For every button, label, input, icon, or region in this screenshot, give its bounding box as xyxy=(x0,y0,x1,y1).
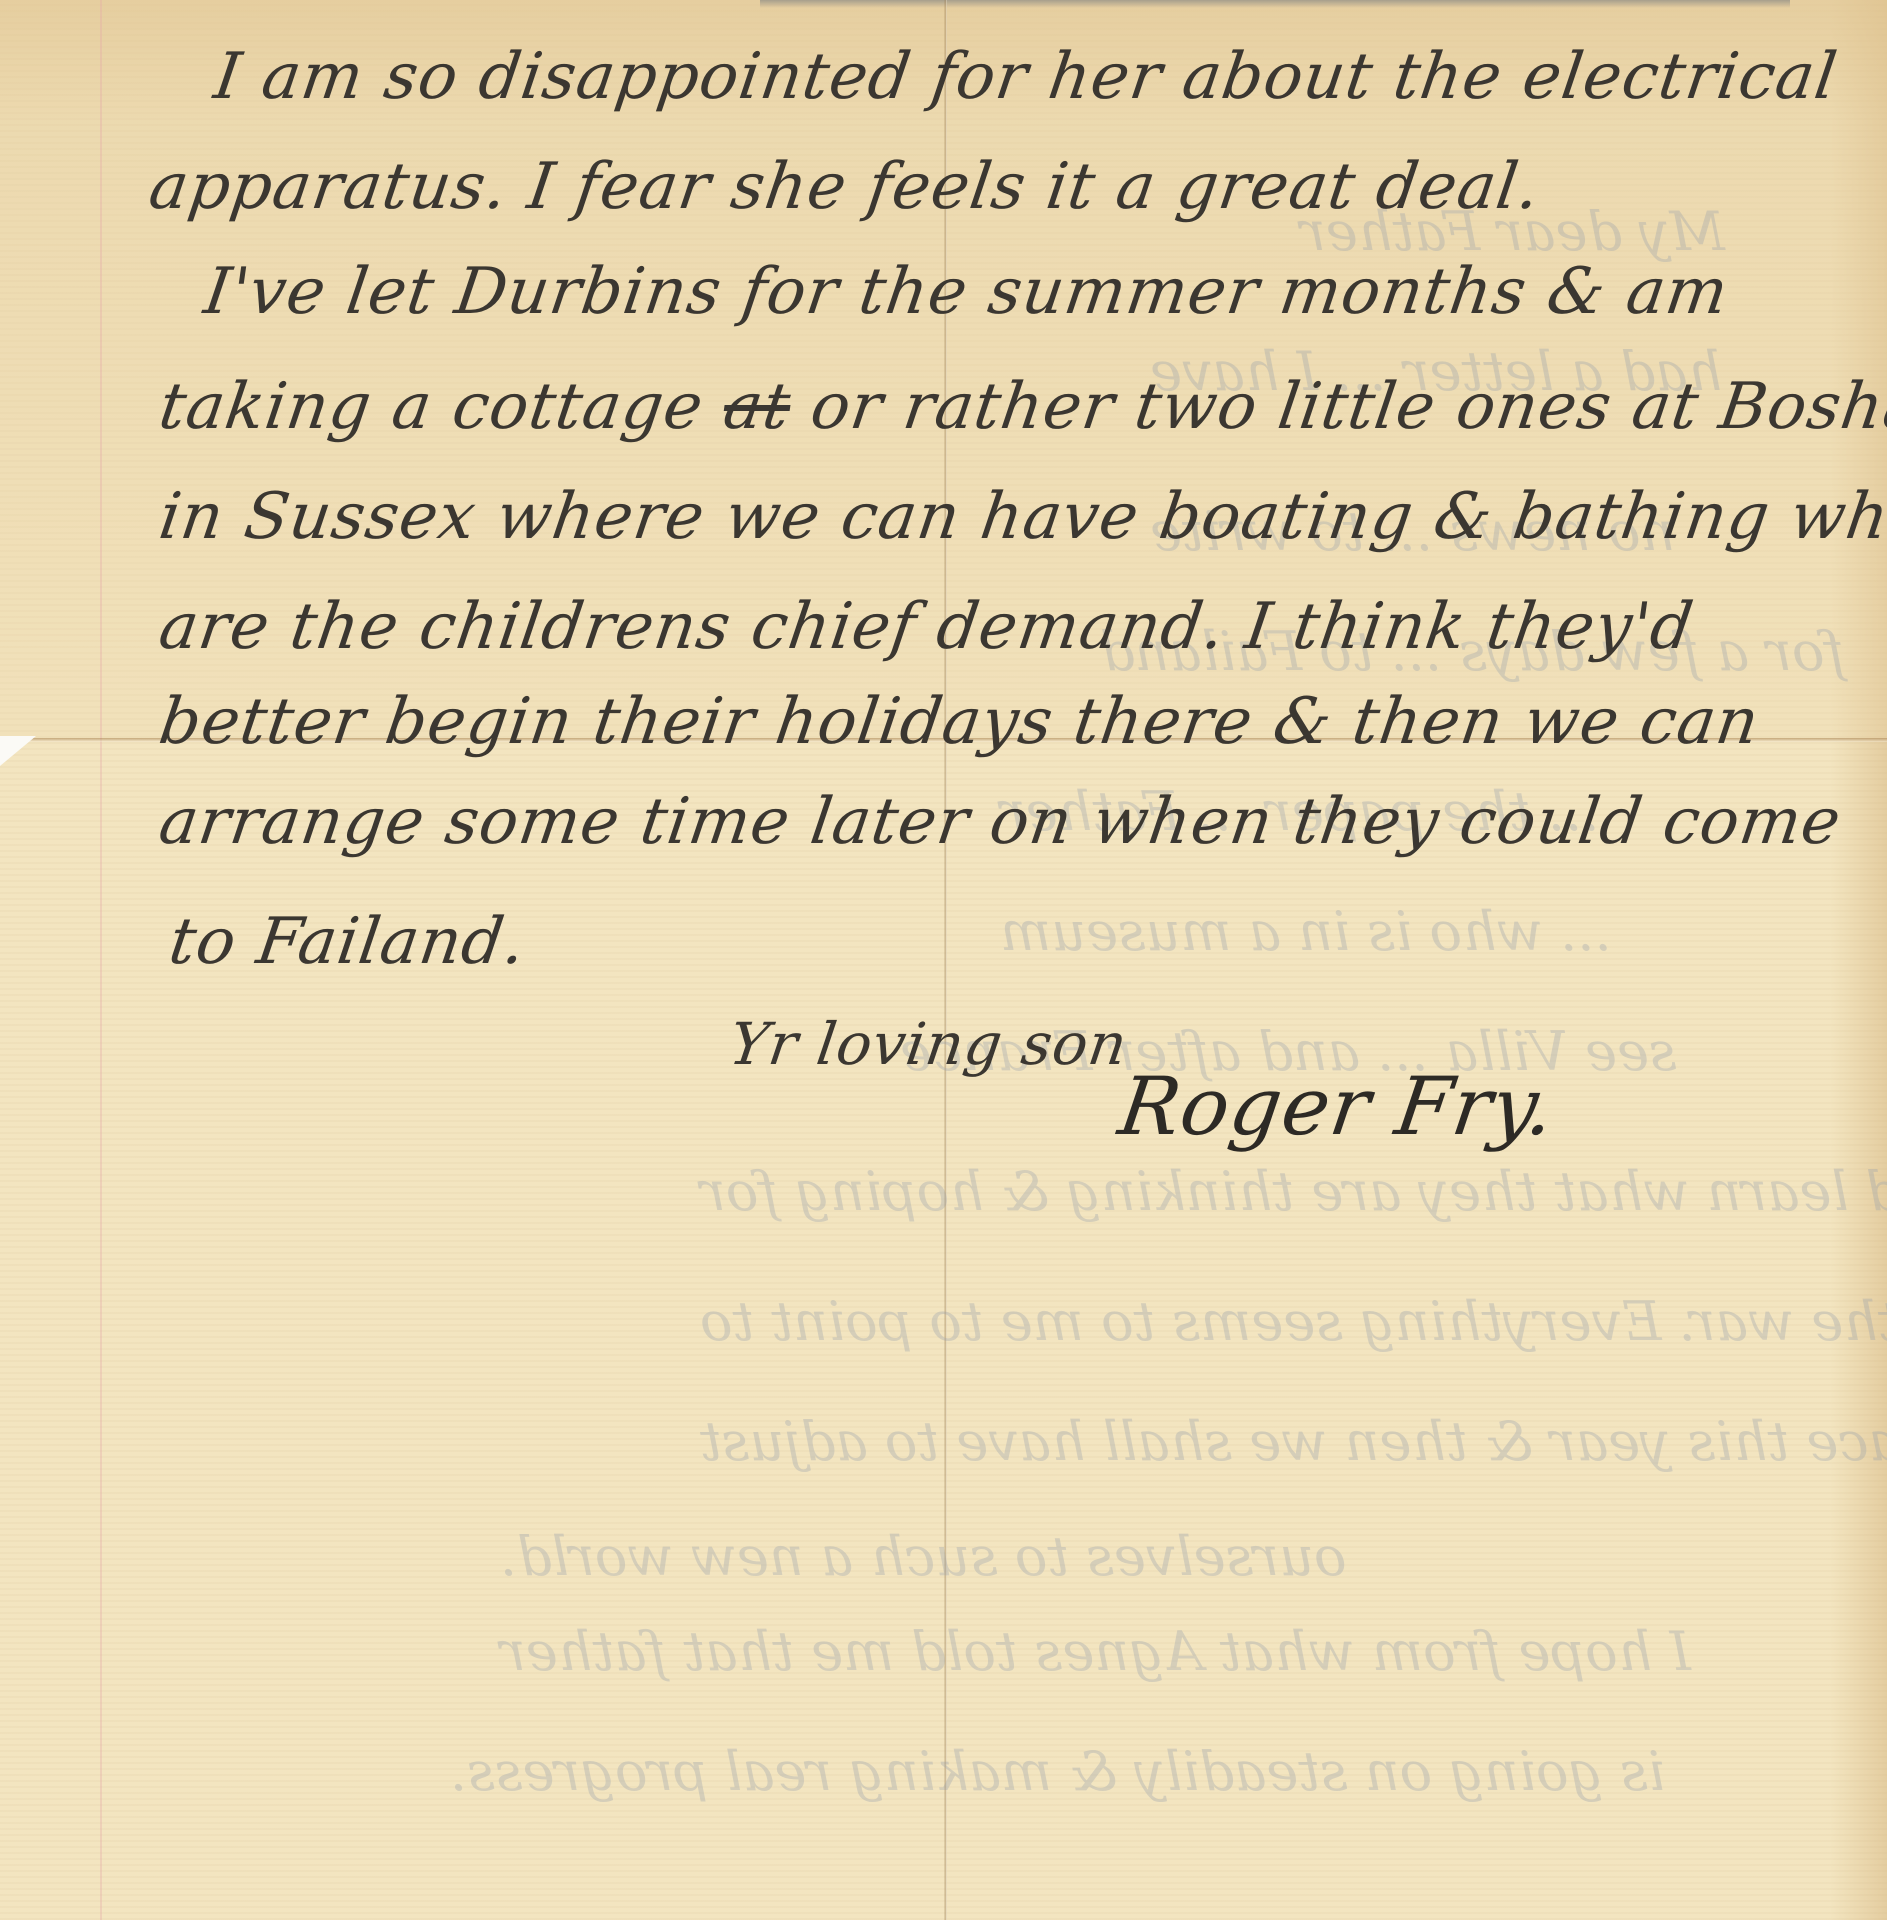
show-through-fragment: ... who is in a museum xyxy=(1000,900,1612,963)
letter-page: My dear Fatherhad a letter ... I haveno … xyxy=(0,0,1887,1920)
show-through-fragment: after the war. Everything seems to me to… xyxy=(700,1290,1887,1353)
letter-line-6: are the childrens chief demand. I think … xyxy=(155,590,1698,664)
torn-corner xyxy=(0,736,36,766)
letter-line-1: I am so disappointed for her about the e… xyxy=(210,40,1842,114)
show-through-fragment: peace this year & then we shall have to … xyxy=(700,1410,1887,1473)
letter-line-8: arrange some time later on when they cou… xyxy=(155,785,1846,859)
letter-line-3: I've let Durbins for the summer months &… xyxy=(200,255,1733,329)
letter-line-7: better begin their holidays there & then… xyxy=(155,685,1764,759)
line-4-after: or rather two little ones at Bosham xyxy=(785,370,1887,444)
letter-closing: Yr loving son xyxy=(725,1010,1132,1078)
struck-word: at xyxy=(719,370,795,444)
show-through-fragment: I hope from what Agnes told me that fath… xyxy=(500,1620,1691,1683)
line-4-before: taking a cottage xyxy=(155,370,730,444)
show-through-fragment: and learn what they are thinking & hopin… xyxy=(700,1160,1887,1223)
margin-line xyxy=(100,0,102,1920)
show-through-fragment: ourselves to such a new world. xyxy=(500,1525,1346,1588)
top-edge-shadow xyxy=(760,0,1790,8)
letter-line-9: to Failand. xyxy=(165,905,531,979)
letter-signature: Roger Fry. xyxy=(1113,1060,1560,1153)
letter-line-4: taking a cottage at or rather two little… xyxy=(155,370,1887,444)
letter-line-2: apparatus. I fear she feels it a great d… xyxy=(145,150,1545,224)
show-through-fragment: is going on steadily & making real progr… xyxy=(450,1740,1665,1803)
letter-line-5: in Sussex where we can have boating & ba… xyxy=(155,480,1887,554)
